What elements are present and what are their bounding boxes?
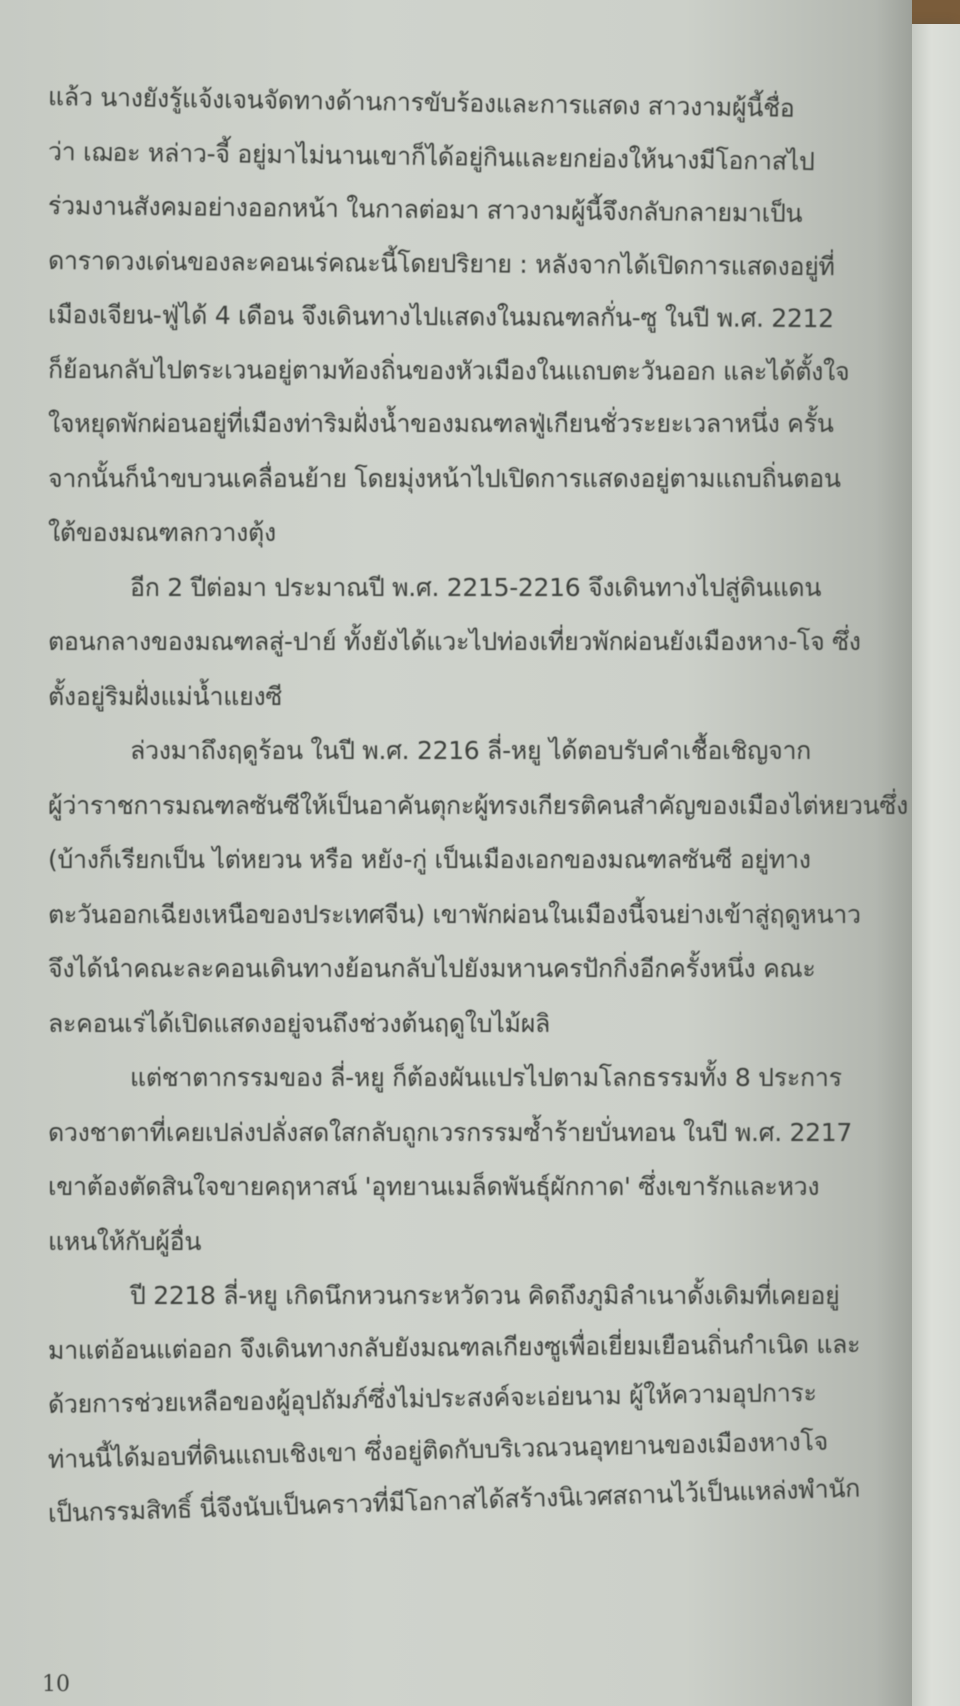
text-line: ดาราดวงเด่นของละคอนเร่คณะนี้โดยปริยาย : …: [48, 234, 908, 295]
photo-scene: แล้ว นางยังรู้แจ้งเจนจัดทางด้านการขับร้อ…: [0, 0, 960, 1706]
text-line: ใต้ของมณฑลกวางตุ้ง: [48, 506, 908, 561]
text-line: จึงได้นำคณะละคอนเดินทางย้อนกลับไปยังมหาน…: [48, 942, 908, 997]
text-line: ผู้ว่าราชการมณฑลซันซีให้เป็นอาคันตุกะผู้…: [48, 779, 908, 834]
text-line: แหนให้กับผู้อื่น: [48, 1215, 908, 1270]
text-line: (บ้างก็เรียกเป็น ไต่หยวน หรือ หยัง-กู่ เ…: [48, 833, 908, 888]
text-line: ละคอนเร่ได้เปิดแสดงอยู่จนถึงช่วงต้นฤดูใบ…: [48, 997, 908, 1052]
text-line: ดวงชาตาที่เคยเปล่งปลั่งสดใสกลับถูกเวรกรร…: [48, 1106, 908, 1161]
book-page: แล้ว นางยังรู้แจ้งเจนจัดทางด้านการขับร้อ…: [0, 0, 912, 1706]
text-line: ตะวันออกเฉียงเหนือของประเทศจีน) เขาพักผ่…: [48, 888, 908, 943]
body-text: แล้ว นางยังรู้แจ้งเจนจัดทางด้านการขับร้อ…: [48, 70, 908, 1542]
text-line: เมืองเจียน-ฟู่ได้ 4 เดือน จึงเดินทางไปแส…: [48, 288, 908, 347]
text-line: เขาต้องตัดสินใจขายคฤหาสน์ 'อุทยานเมล็ดพั…: [48, 1160, 908, 1215]
page-number: 10: [42, 1672, 70, 1697]
text-line: ใจหยุดพักผ่อนอยู่ที่เมืองท่าริมฝั่งน้ำขอ…: [48, 397, 908, 452]
text-line: ตอนกลางของมณฑลสู่-ปาย์ ทั้งยังได้แวะไปท่…: [48, 615, 908, 670]
paragraph-first-line: อีก 2 ปีต่อมา ประมาณปี พ.ศ. 2215-2216 จึ…: [48, 561, 908, 616]
text-line: ร่วมงานสังคมอย่างออกหน้า ในกาลต่อมา สาวง…: [48, 179, 909, 243]
text-line: จากนั้นก็นำขบวนเคลื่อนย้าย โดยมุ่งหน้าไป…: [48, 452, 908, 507]
paragraph-first-line: แต่ชาตากรรมของ ลี่-หยู ก็ต้องผันแปรไปตาม…: [48, 1051, 908, 1106]
paragraph-first-line: ปี 2218 ลี่-หยู เกิดนึกหวนกระหวัดวน คิดถ…: [48, 1269, 908, 1324]
paragraph-first-line: ล่วงมาถึงฤดูร้อน ในปี พ.ศ. 2216 ลี่-หยู …: [48, 724, 908, 779]
next-page-edge: [912, 24, 960, 1706]
text-line: ตั้งอยู่ริมฝั่งแม่น้ำแยงซี: [48, 670, 908, 725]
text-line: ก็ย้อนกลับไปตระเวนอยู่ตามท้องถิ่นของหัวเ…: [48, 343, 908, 400]
